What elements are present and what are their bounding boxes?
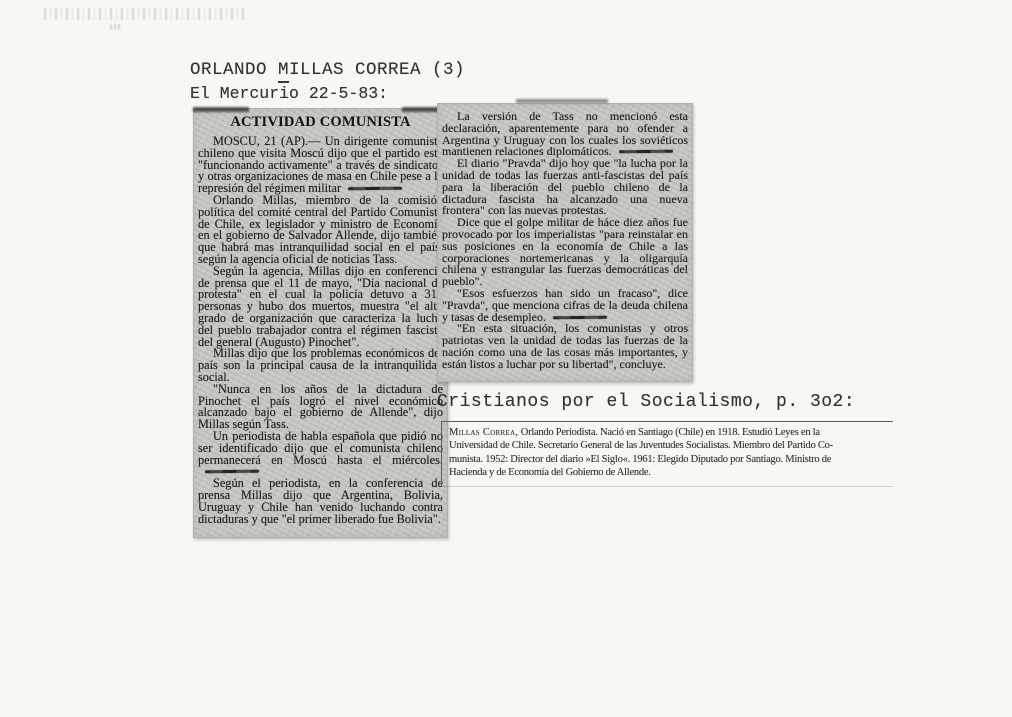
news-paragraph: La versión de Tass no mencionó esta decl…	[442, 111, 688, 158]
paragraph-text: Dice que el golpe militar de háce diez a…	[442, 215, 688, 288]
bio-line: Universidad de Chile. Secretario General…	[449, 439, 891, 453]
paragraph-text: El diario "Pravda" dijo hoy que "la luch…	[442, 156, 688, 217]
news-paragraph: Orlando Millas, miembro de la comisión p…	[198, 195, 443, 266]
paragraph-text: "En esta situación, los comunistas y otr…	[442, 321, 688, 370]
scanned-page: ORLANDO MILLAS CORREA (3) El Mercurio 22…	[0, 0, 1012, 717]
news-paragraph: Dice que el golpe militar de háce diez a…	[442, 217, 688, 288]
squiggle-mark	[205, 470, 259, 474]
news-paragraph: "En esta situación, los comunistas y otr…	[442, 323, 688, 370]
news-clipping-right: La versión de Tass no mencionó esta decl…	[437, 103, 693, 382]
paragraph-text: Orlando Millas, miembro de la comisión p…	[198, 193, 443, 266]
title-part2: ILLAS CORREA (3)	[289, 60, 465, 80]
ink-smudge	[193, 107, 249, 112]
news-paragraph: MOSCU, 21 (AP).— Un dirigente comunista …	[198, 136, 443, 195]
faint-pencil-marking	[44, 8, 244, 20]
ink-smudge	[516, 99, 608, 103]
right-column-stack: La versión de Tass no mencionó esta decl…	[437, 103, 893, 487]
news-paragraph: "Nunca en los años de la dictadura de Pi…	[198, 384, 443, 431]
source-reference: El Mercurio 22-5-83:	[190, 84, 440, 103]
news-paragraph: Un periodista de habla española que pidi…	[198, 431, 443, 478]
bio-name-lead: Millas Correa,	[449, 427, 518, 438]
bio-line: Millas Correa, Orlando Periodista. Nació…	[449, 426, 891, 440]
paragraph-text: Según la agencia, Millas dijo en confere…	[198, 264, 443, 349]
squiggle-mark	[553, 315, 607, 319]
paragraph-text: Un periodista de habla española que pidi…	[198, 429, 443, 467]
news-paragraph: El diario "Pravda" dijo hoy que "la luch…	[442, 158, 688, 217]
squiggle-mark	[348, 187, 402, 191]
paragraph-text: MOSCU, 21 (AP).— Un dirigente comunista …	[198, 134, 443, 195]
section-reference: Cristianos por el Socialismo, p. 3o2:	[437, 392, 893, 412]
news-paragraph: Millas dijo que los problemas económicos…	[198, 348, 443, 383]
paragraph-text: Millas dijo que los problemas económicos…	[198, 346, 443, 384]
title-part1: ORLANDO	[190, 60, 278, 80]
news-paragraph: Según el periodista, en la conferencia d…	[198, 478, 443, 525]
news-paragraph: "Esos esfuerzos han sido un fracaso", di…	[442, 288, 688, 323]
document-title: ORLANDO MILLAS CORREA (3)	[190, 60, 440, 80]
news-paragraph: Según la agencia, Millas dijo en confere…	[198, 266, 443, 349]
article-headline: ACTIVIDAD COMUNISTA	[198, 114, 443, 131]
news-clipping-left: ACTIVIDAD COMUNISTA MOSCU, 21 (AP).— Un …	[193, 108, 448, 538]
title-underlined-letter: M	[278, 60, 289, 83]
bio-entry: Millas Correa, Orlando Periodista. Nació…	[441, 421, 893, 487]
paragraph-text: Según el periodista, en la conferencia d…	[198, 476, 443, 525]
paragraph-text: "Nunca en los años de la dictadura de Pi…	[198, 382, 443, 431]
bio-line: Hacienda y de Economía del Gobierno de A…	[449, 466, 891, 480]
squiggle-mark	[619, 150, 673, 154]
bio-line1-rest: Orlando Periodista. Nació en Santiago (C…	[518, 427, 819, 438]
bio-line: munista. 1952: Director del diario »El S…	[449, 453, 891, 467]
left-column-stack: ORLANDO MILLAS CORREA (3) El Mercurio 22…	[190, 60, 440, 538]
